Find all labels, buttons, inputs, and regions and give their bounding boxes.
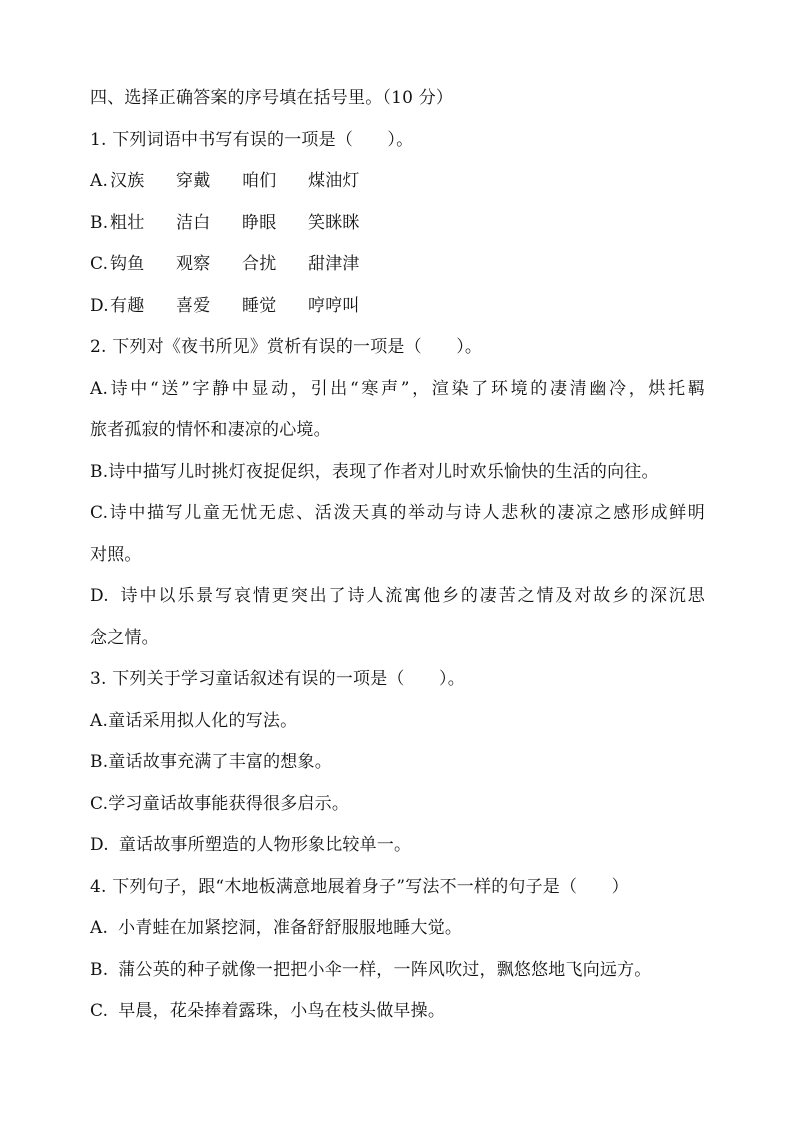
q4-option-c: C.早晨，花朵捧着露珠，小鸟在枝头做早操。: [90, 997, 705, 1039]
option-word: 观察: [176, 250, 242, 292]
option-word: 睡觉: [242, 292, 308, 334]
option-text: 诗中描写儿时挑灯夜捉促织，表现了作者对儿时欢乐愉快的生活的向往。: [108, 462, 658, 482]
q2-option-c-line2: 对照。: [90, 541, 705, 583]
option-word: 喜爱: [176, 292, 242, 334]
option-word: 有趣: [110, 292, 176, 334]
q2-option-d-line1: D.诗中以乐景写哀情更突出了诗人流寓他乡的凄苦之情及对故乡的深沉思: [90, 582, 705, 624]
option-label: B.: [90, 462, 108, 482]
q2-option-a-line2: 旅者孤寂的情怀和凄凉的心境。: [90, 416, 705, 458]
exam-page: 四、选择正确答案的序号填在括号里。（10 分） 1. 下列词语中书写有误的一项是…: [90, 84, 705, 1039]
option-text: 诗中以乐景写哀情更突出了诗人流寓他乡的凄苦之情及对故乡的深沉思: [119, 586, 705, 606]
option-word: 粗壮: [110, 209, 176, 251]
q2-option-b: B.诗中描写儿时挑灯夜捉促织，表现了作者对儿时欢乐愉快的生活的向往。: [90, 458, 705, 500]
option-text: 早晨，花朵捧着露珠，小鸟在枝头做早操。: [118, 1001, 445, 1021]
q1-option-d: D. 有趣 喜爱 睡觉 哼哼叫: [90, 292, 705, 334]
q3-option-c: C.学习童话故事能获得很多启示。: [90, 790, 705, 832]
option-label: C.: [90, 503, 108, 523]
q1-option-c: C. 钩鱼 观察 合扰 甜津津: [90, 250, 705, 292]
option-word: 合扰: [242, 250, 308, 292]
q4-option-b: B.蒲公英的种子就像一把把小伞一样，一阵风吹过，飘悠悠地飞向远方。: [90, 956, 705, 998]
option-word: 哼哼叫: [308, 292, 360, 334]
option-label: D.: [90, 835, 109, 855]
option-text: 诗中“送”字静中显动，引出“寒声”，渲染了环境的凄清幽冷，烘托羁: [108, 379, 705, 399]
question-4-stem: 4. 下列句子，跟“木地板满意地展着身子”写法不一样的句子是（ ）: [90, 873, 705, 915]
option-word: 钩鱼: [110, 250, 176, 292]
q1-option-a: A. 汉族 穿戴 咱们 煤油灯: [90, 167, 705, 209]
q2-option-a-line1: A.诗中“送”字静中显动，引出“寒声”，渲染了环境的凄清幽冷，烘托羁: [90, 375, 705, 417]
option-word: 穿戴: [176, 167, 242, 209]
question-1-stem: 1. 下列词语中书写有误的一项是（ ）。: [90, 126, 705, 168]
question-3-stem: 3. 下列关于学习童话叙述有误的一项是（ ）。: [90, 665, 705, 707]
section-title: 四、选择正确答案的序号填在括号里。（10 分）: [90, 84, 705, 126]
option-word: 咱们: [242, 167, 308, 209]
q4-option-a: A.小青蛙在加紧挖洞，准备舒舒服服地睡大觉。: [90, 914, 705, 956]
option-label: A.: [90, 711, 108, 731]
option-label: C.: [90, 1001, 108, 1021]
option-label: C.: [90, 250, 110, 292]
option-text: 学习童话故事能获得很多启示。: [108, 794, 349, 814]
q3-option-a: A.童话采用拟人化的写法。: [90, 707, 705, 749]
q1-option-b: B. 粗壮 洁白 睁眼 笑眯眯: [90, 209, 705, 251]
q3-option-b: B.童话故事充满了丰富的想象。: [90, 748, 705, 790]
option-text: 童话采用拟人化的写法。: [108, 711, 297, 731]
option-word: 甜津津: [308, 250, 360, 292]
option-label: B.: [90, 960, 108, 980]
option-word: 煤油灯: [308, 167, 360, 209]
option-label: C.: [90, 794, 108, 814]
q2-option-c-line1: C.诗中描写儿童无忧无虑、活泼天真的举动与诗人悲秋的凄凉之感形成鲜明: [90, 499, 705, 541]
option-text: 蒲公英的种子就像一把把小伞一样，一阵风吹过，飘悠悠地飞向远方。: [118, 960, 651, 980]
option-label: D.: [90, 586, 109, 606]
option-label: A.: [90, 379, 108, 399]
option-label: A.: [90, 918, 108, 938]
option-label: B.: [90, 752, 108, 772]
option-word: 洁白: [176, 209, 242, 251]
option-text: 童话故事所塑造的人物形象比较单一。: [119, 835, 411, 855]
option-word: 笑眯眯: [308, 209, 360, 251]
option-label: D.: [90, 292, 110, 334]
question-2-stem: 2. 下列对《夜书所见》赏析有误的一项是（ ）。: [90, 333, 705, 375]
option-label: B.: [90, 209, 110, 251]
option-text: 诗中描写儿童无忧无虑、活泼天真的举动与诗人悲秋的凄凉之感形成鲜明: [108, 503, 705, 523]
option-text: 童话故事充满了丰富的想象。: [108, 752, 332, 772]
option-text: 小青蛙在加紧挖洞，准备舒舒服服地睡大觉。: [118, 918, 462, 938]
option-label: A.: [90, 167, 110, 209]
q2-option-d-line2: 念之情。: [90, 624, 705, 666]
option-word: 汉族: [110, 167, 176, 209]
option-word: 睁眼: [242, 209, 308, 251]
q3-option-d: D.童话故事所塑造的人物形象比较单一。: [90, 831, 705, 873]
